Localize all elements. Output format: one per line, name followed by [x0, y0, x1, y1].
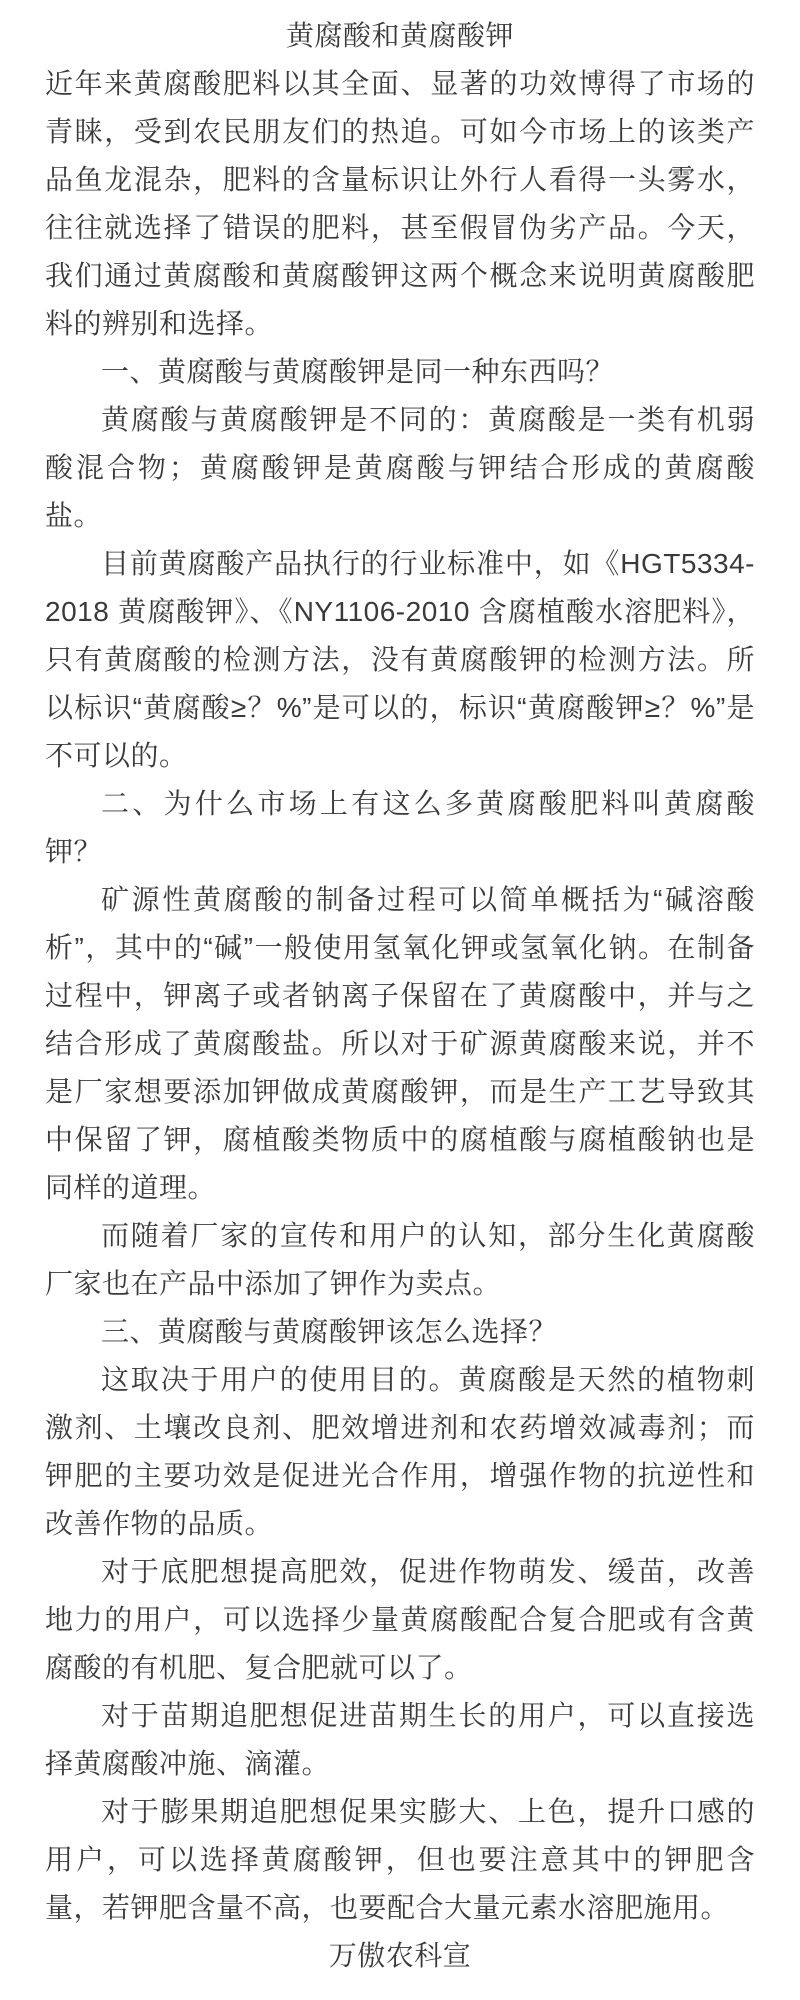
- article-title: 黄腐酸和黄腐酸钾: [45, 12, 755, 60]
- paragraph-list: 近年来黄腐酸肥料以其全面、显著的功效博得了市场的青睐，受到农民朋友们的热追。可如…: [45, 60, 755, 1932]
- paragraph: 近年来黄腐酸肥料以其全面、显著的功效博得了市场的青睐，受到农民朋友们的热追。可如…: [45, 60, 755, 348]
- paragraph: 三、黄腐酸与黄腐酸钾该怎么选择？: [45, 1308, 755, 1356]
- paragraph: 而随着厂家的宣传和用户的认知，部分生化黄腐酸厂家也在产品中添加了钾作为卖点。: [45, 1212, 755, 1308]
- signature: 万傲农科宣: [45, 1932, 755, 1980]
- paragraph: 对于苗期追肥想促进苗期生长的用户，可以直接选择黄腐酸冲施、滴灌。: [45, 1692, 755, 1788]
- paragraph: 对于底肥想提高肥效，促进作物萌发、缓苗，改善地力的用户，可以选择少量黄腐酸配合复…: [45, 1548, 755, 1692]
- paragraph: 一、黄腐酸与黄腐酸钾是同一种东西吗？: [45, 348, 755, 396]
- paragraph: 对于膨果期追肥想促果实膨大、上色，提升口感的用户，可以选择黄腐酸钾，但也要注意其…: [45, 1788, 755, 1932]
- paragraph: 矿源性黄腐酸的制备过程可以简单概括为“碱溶酸析”，其中的“碱”一般使用氢氧化钾或…: [45, 876, 755, 1212]
- paragraph: 二、为什么市场上有这么多黄腐酸肥料叫黄腐酸钾？: [45, 780, 755, 876]
- article-page: 黄腐酸和黄腐酸钾 近年来黄腐酸肥料以其全面、显著的功效博得了市场的青睐，受到农民…: [0, 0, 800, 2000]
- paragraph: 目前黄腐酸产品执行的行业标准中，如《HGT5334-2018 黄腐酸钾》、《NY…: [45, 540, 755, 780]
- paragraph: 这取决于用户的使用目的。黄腐酸是天然的植物刺激剂、土壤改良剂、肥效增进剂和农药增…: [45, 1356, 755, 1548]
- paragraph: 黄腐酸与黄腐酸钾是不同的：黄腐酸是一类有机弱酸混合物；黄腐酸钾是黄腐酸与钾结合形…: [45, 396, 755, 540]
